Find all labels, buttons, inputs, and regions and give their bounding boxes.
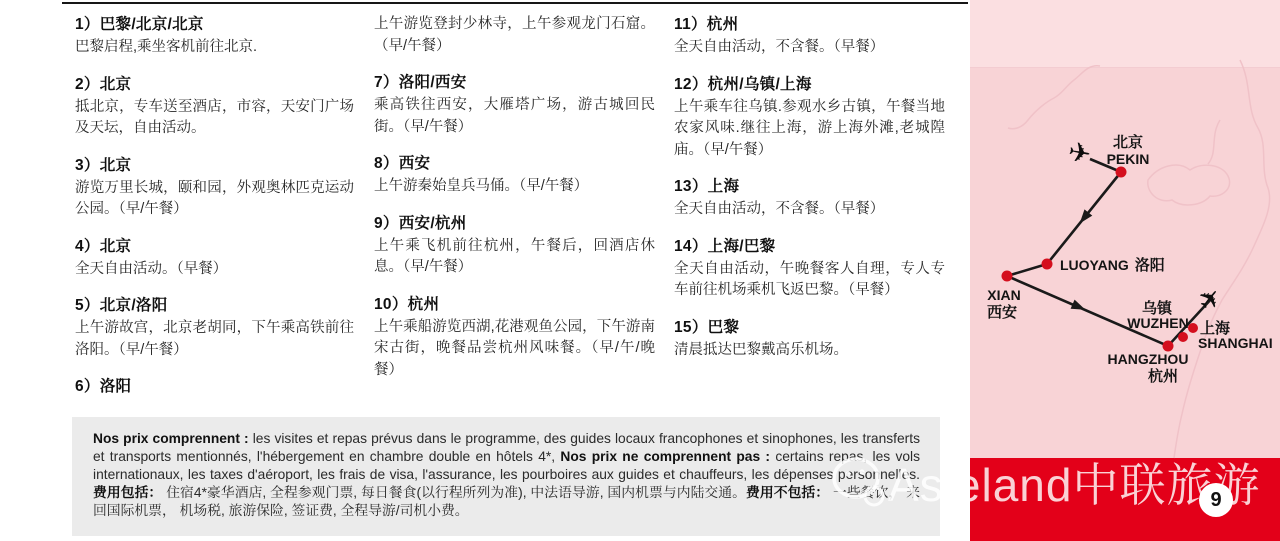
pricing-segment: Nos prix comprennent : bbox=[93, 431, 253, 446]
map-label-xian-cn: 西安 bbox=[987, 303, 1017, 321]
map-label-shanghai-latin: SHANGHAI bbox=[1198, 335, 1273, 351]
day-title: 6）洛阳 bbox=[75, 376, 354, 397]
pricing-note-text: Nos prix comprennent : les visites et re… bbox=[72, 417, 940, 520]
day-body: 全天自由活动，不含餐。（早餐） bbox=[674, 199, 945, 221]
day-body: 上午乘车往乌镇.参观水乡古镇，午餐当地农家风味.继往上海，游上海外滩,老城隍庙。… bbox=[674, 97, 945, 162]
itinerary-day-1: 1）巴黎/北京/北京 巴黎启程,乘坐客机前往北京. bbox=[75, 14, 354, 59]
itinerary-day-11: 11）杭州 全天自由活动，不含餐。（早餐） bbox=[674, 14, 945, 59]
day-body: 上午游故宫，北京老胡同，下午乘高铁前往洛阳。（早/午餐） bbox=[75, 318, 354, 361]
route-map-panel: ✈ ✈ 北京 PEKIN LUOYANG洛阳 XIAN 西安 乌镇 WUZHEN… bbox=[970, 0, 1280, 541]
map-label-beijing-cn: 北京 bbox=[1113, 133, 1143, 151]
itinerary-day-5: 5）北京/洛阳 上午游故宫，北京老胡同，下午乘高铁前往洛阳。（早/午餐） bbox=[75, 295, 354, 361]
day-title: 11）杭州 bbox=[674, 14, 945, 35]
pricing-note-box: Nos prix comprennent : les visites et re… bbox=[72, 417, 940, 536]
day-title: 7）洛阳/西安 bbox=[374, 72, 655, 93]
map-label-xian-latin: XIAN bbox=[987, 287, 1020, 303]
city-dot-luoyang bbox=[1042, 259, 1053, 270]
day-title: 10）杭州 bbox=[374, 294, 655, 315]
map-label-beijing-latin: PEKIN bbox=[1107, 151, 1150, 167]
pricing-segment: 费用不包括： bbox=[746, 485, 829, 500]
day-title: 3）北京 bbox=[75, 155, 354, 176]
day-title: 1）巴黎/北京/北京 bbox=[75, 14, 354, 35]
itinerary-column-3: 11）杭州 全天自由活动，不含餐。（早餐） 12）杭州/乌镇/上海 上午乘车往乌… bbox=[674, 14, 945, 376]
itinerary-day-12: 12）杭州/乌镇/上海 上午乘车往乌镇.参观水乡古镇，午餐当地农家风味.继往上海… bbox=[674, 74, 945, 162]
itinerary-day-6-continued: 上午游览登封少林寺，上午参观龙门石窟。（早/午餐） bbox=[374, 14, 655, 57]
itinerary-day-15: 15）巴黎 清晨抵达巴黎戴高乐机场。 bbox=[674, 317, 945, 362]
pricing-segment: 住宿4*豪华酒店, 全程参观门票, 每日餐食(以行程所列为准), 中法语导游, … bbox=[162, 485, 746, 500]
day-body: 上午游览登封少林寺，上午参观龙门石窟。（早/午餐） bbox=[374, 14, 655, 57]
day-body: 全天自由活动，不含餐。（早餐） bbox=[674, 37, 945, 59]
map-label-luoyang: LUOYANG洛阳 bbox=[1060, 256, 1165, 274]
itinerary-column-2: 上午游览登封少林寺，上午参观龙门石窟。（早/午餐） 7）洛阳/西安 乘高铁往西安… bbox=[374, 14, 655, 396]
itinerary-day-10: 10）杭州 上午乘船游览西湖,花港观鱼公园，下午游南宋古街，晚餐品尝杭州风味餐。… bbox=[374, 294, 655, 382]
itinerary-column-1: 1）巴黎/北京/北京 巴黎启程,乘坐客机前往北京. 2）北京 抵北京，专车送至酒… bbox=[75, 14, 354, 412]
itinerary-day-7: 7）洛阳/西安 乘高铁往西安，大雁塔广场，游古城回民街。（早/午餐） bbox=[374, 72, 655, 138]
itinerary-day-6: 6）洛阳 bbox=[75, 376, 354, 397]
brochure-page: 1）巴黎/北京/北京 巴黎启程,乘坐客机前往北京. 2）北京 抵北京，专车送至酒… bbox=[0, 0, 1280, 541]
day-title: 13）上海 bbox=[674, 176, 945, 197]
pricing-segment: Nos prix ne comprennent pas : bbox=[560, 449, 775, 464]
day-title: 9）西安/杭州 bbox=[374, 213, 655, 234]
day-body: 全天自由活动，午晚餐客人自理，专人专车前往机场乘机飞返巴黎。（早餐） bbox=[674, 259, 945, 302]
itinerary-day-3: 3）北京 游览万里长城，颐和园，外观奥林匹克运动公园。（早/午餐） bbox=[75, 155, 354, 221]
plane-icon: ✈ bbox=[1066, 136, 1093, 169]
map-label-hangzhou-cn: 杭州 bbox=[1148, 367, 1178, 385]
red-footer-band bbox=[970, 458, 1280, 541]
day-body: 抵北京，专车送至酒店，市容，天安门广场及天坛，自由活动。 bbox=[75, 97, 354, 140]
itinerary-day-9: 9）西安/杭州 上午乘飞机前往杭州，午餐后，回酒店休息。（早/午餐） bbox=[374, 213, 655, 279]
pricing-segment: 费用包括： bbox=[93, 485, 162, 500]
map-label-hangzhou-latin: HANGZHOU bbox=[1108, 351, 1189, 367]
page-number: 9 bbox=[1210, 489, 1221, 511]
day-body: 上午乘船游览西湖,花港观鱼公园，下午游南宋古街，晚餐品尝杭州风味餐。（早/午/晚… bbox=[374, 317, 655, 382]
city-dot-wuzhen bbox=[1178, 332, 1188, 342]
day-body: 上午游秦始皇兵马俑。（早/午餐） bbox=[374, 176, 655, 198]
day-body: 乘高铁往西安，大雁塔广场，游古城回民街。（早/午餐） bbox=[374, 95, 655, 138]
day-body: 清晨抵达巴黎戴高乐机场。 bbox=[674, 340, 945, 362]
itinerary-day-13: 13）上海 全天自由活动，不含餐。（早餐） bbox=[674, 176, 945, 221]
page-number-badge: 9 bbox=[1199, 483, 1233, 517]
day-title: 4）北京 bbox=[75, 236, 354, 257]
itinerary-day-2: 2）北京 抵北京，专车送至酒店，市容，天安门广场及天坛，自由活动。 bbox=[75, 74, 354, 140]
day-title: 2）北京 bbox=[75, 74, 354, 95]
day-title: 12）杭州/乌镇/上海 bbox=[674, 74, 945, 95]
day-body: 巴黎启程,乘坐客机前往北京. bbox=[75, 37, 354, 59]
day-title: 5）北京/洛阳 bbox=[75, 295, 354, 316]
day-title: 8）西安 bbox=[374, 153, 655, 174]
day-body: 全天自由活动。（早餐） bbox=[75, 259, 354, 281]
top-rule bbox=[62, 2, 968, 4]
route-arrow-icon bbox=[1071, 300, 1088, 315]
day-title: 14）上海/巴黎 bbox=[674, 236, 945, 257]
map-label-wuzhen-latin: WUZHEN bbox=[1127, 315, 1188, 331]
day-title: 15）巴黎 bbox=[674, 317, 945, 338]
itinerary-day-14: 14）上海/巴黎 全天自由活动，午晚餐客人自理，专人专车前往机场乘机飞返巴黎。（… bbox=[674, 236, 945, 302]
plane-icon: ✈ bbox=[1191, 281, 1229, 318]
itinerary-day-4: 4）北京 全天自由活动。（早餐） bbox=[75, 236, 354, 281]
route-map: ✈ ✈ 北京 PEKIN LUOYANG洛阳 XIAN 西安 乌镇 WUZHEN… bbox=[970, 0, 1280, 460]
city-dot-shanghai bbox=[1188, 323, 1198, 333]
day-body: 上午乘飞机前往杭州，午餐后，回酒店休息。（早/午餐） bbox=[374, 236, 655, 279]
city-dot-hangzhou bbox=[1163, 341, 1174, 352]
city-dot-xian bbox=[1002, 271, 1013, 282]
city-dot-beijing bbox=[1116, 167, 1127, 178]
day-body: 游览万里长城，颐和园，外观奥林匹克运动公园。（早/午餐） bbox=[75, 178, 354, 221]
itinerary-day-8: 8）西安 上午游秦始皇兵马俑。（早/午餐） bbox=[374, 153, 655, 198]
